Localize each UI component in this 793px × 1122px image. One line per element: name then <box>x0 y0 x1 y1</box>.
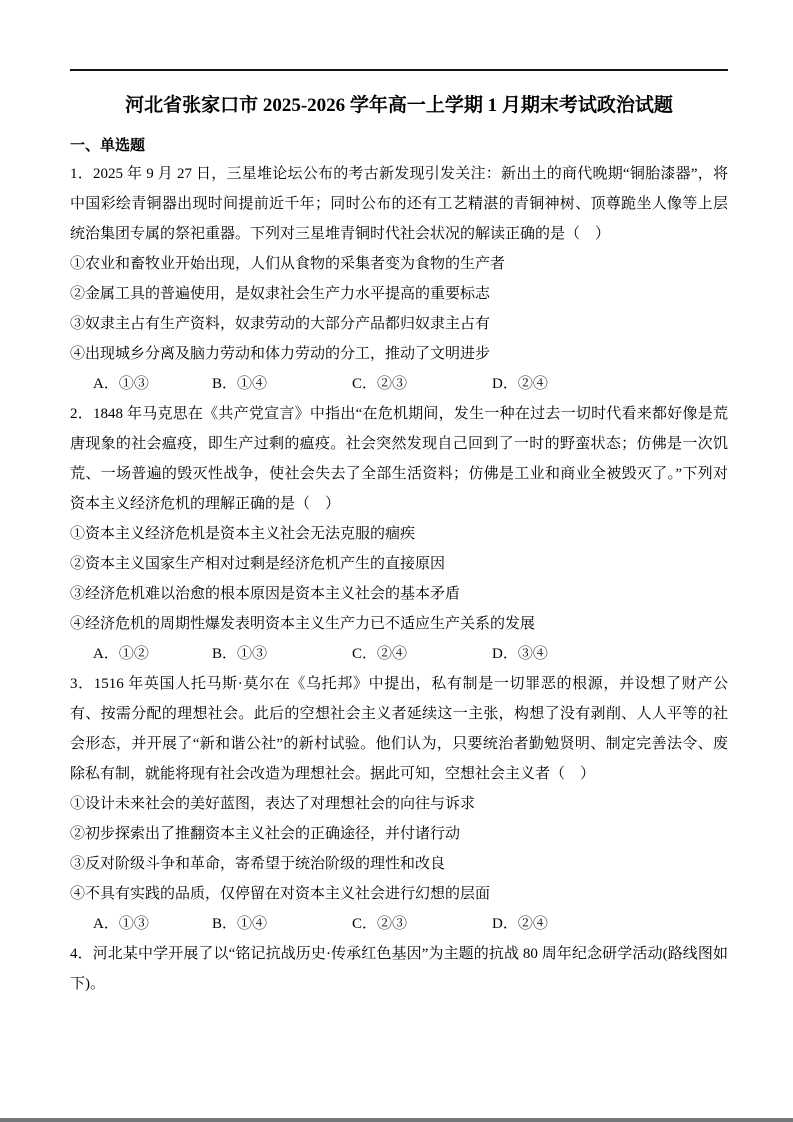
choice-d: D．②④ <box>492 909 728 939</box>
question-stem: 3．1516 年英国人托马斯·莫尔在《乌托邦》中提出，私有制是一切罪恶的根源，并… <box>70 669 728 789</box>
choices-row: A．①③ B．①④ C．②③ D．②④ <box>70 909 728 939</box>
page-title: 河北省张家口市 2025-2026 学年高一上学期 1 月期末考试政治试题 <box>70 91 728 121</box>
question-2: 2．1848 年马克思在《共产党宣言》中指出“在危机期间，发生一种在过去一切时代… <box>70 399 728 669</box>
question-1: 1．2025 年 9 月 27 日，三星堆论坛公布的考古新发现引发关注：新出土的… <box>70 159 728 399</box>
choice-d: D．③④ <box>492 639 728 669</box>
option-item: ④不具有实践的品质，仅停留在对资本主义社会进行幻想的层面 <box>70 879 728 909</box>
exam-paper-page: 河北省张家口市 2025-2026 学年高一上学期 1 月期末考试政治试题 一、… <box>0 0 793 1122</box>
option-item: ①设计未来社会的美好蓝图，表达了对理想社会的向往与诉求 <box>70 789 728 819</box>
option-item: ④经济危机的周期性爆发表明资本主义生产力已不适应生产关系的发展 <box>70 609 728 639</box>
page-bottom-edge <box>0 1118 793 1122</box>
section-heading: 一、单选题 <box>70 133 728 159</box>
option-item: ①农业和畜牧业开始出现，人们从食物的采集者变为食物的生产者 <box>70 249 728 279</box>
question-3: 3．1516 年英国人托马斯·莫尔在《乌托邦》中提出，私有制是一切罪恶的根源，并… <box>70 669 728 939</box>
question-stem: 4．河北某中学开展了以“铭记抗战历史·传承红色基因”为主题的抗战 80 周年纪念… <box>70 939 728 999</box>
question-stem: 1．2025 年 9 月 27 日，三星堆论坛公布的考古新发现引发关注：新出土的… <box>70 159 728 249</box>
choice-b: B．①④ <box>212 909 352 939</box>
choice-a: A．①③ <box>93 909 212 939</box>
page-content: 河北省张家口市 2025-2026 学年高一上学期 1 月期末考试政治试题 一、… <box>70 69 728 999</box>
question-4: 4．河北某中学开展了以“铭记抗战历史·传承红色基因”为主题的抗战 80 周年纪念… <box>70 939 728 999</box>
title-divider <box>70 69 728 71</box>
option-item: ④出现城乡分离及脑力劳动和体力劳动的分工，推动了文明进步 <box>70 339 728 369</box>
question-stem: 2．1848 年马克思在《共产党宣言》中指出“在危机期间，发生一种在过去一切时代… <box>70 399 728 519</box>
choice-c: C．②③ <box>352 909 492 939</box>
choice-b: B．①④ <box>212 369 352 399</box>
choice-b: B．①③ <box>212 639 352 669</box>
option-item: ②金属工具的普遍使用，是奴隶社会生产力水平提高的重要标志 <box>70 279 728 309</box>
choice-a: A．①③ <box>93 369 212 399</box>
option-item: ①资本主义经济危机是资本主义社会无法克服的痼疾 <box>70 519 728 549</box>
choice-d: D．②④ <box>492 369 728 399</box>
choice-a: A．①② <box>93 639 212 669</box>
choices-row: A．①② B．①③ C．②④ D．③④ <box>70 639 728 669</box>
option-item: ②资本主义国家生产相对过剩是经济危机产生的直接原因 <box>70 549 728 579</box>
choice-c: C．②④ <box>352 639 492 669</box>
option-item: ③反对阶级斗争和革命，寄希望于统治阶级的理性和改良 <box>70 849 728 879</box>
option-item: ②初步探索出了推翻资本主义社会的正确途径，并付诸行动 <box>70 819 728 849</box>
choices-row: A．①③ B．①④ C．②③ D．②④ <box>70 369 728 399</box>
option-item: ③奴隶主占有生产资料，奴隶劳动的大部分产品都归奴隶主占有 <box>70 309 728 339</box>
choice-c: C．②③ <box>352 369 492 399</box>
option-item: ③经济危机难以治愈的根本原因是资本主义社会的基本矛盾 <box>70 579 728 609</box>
